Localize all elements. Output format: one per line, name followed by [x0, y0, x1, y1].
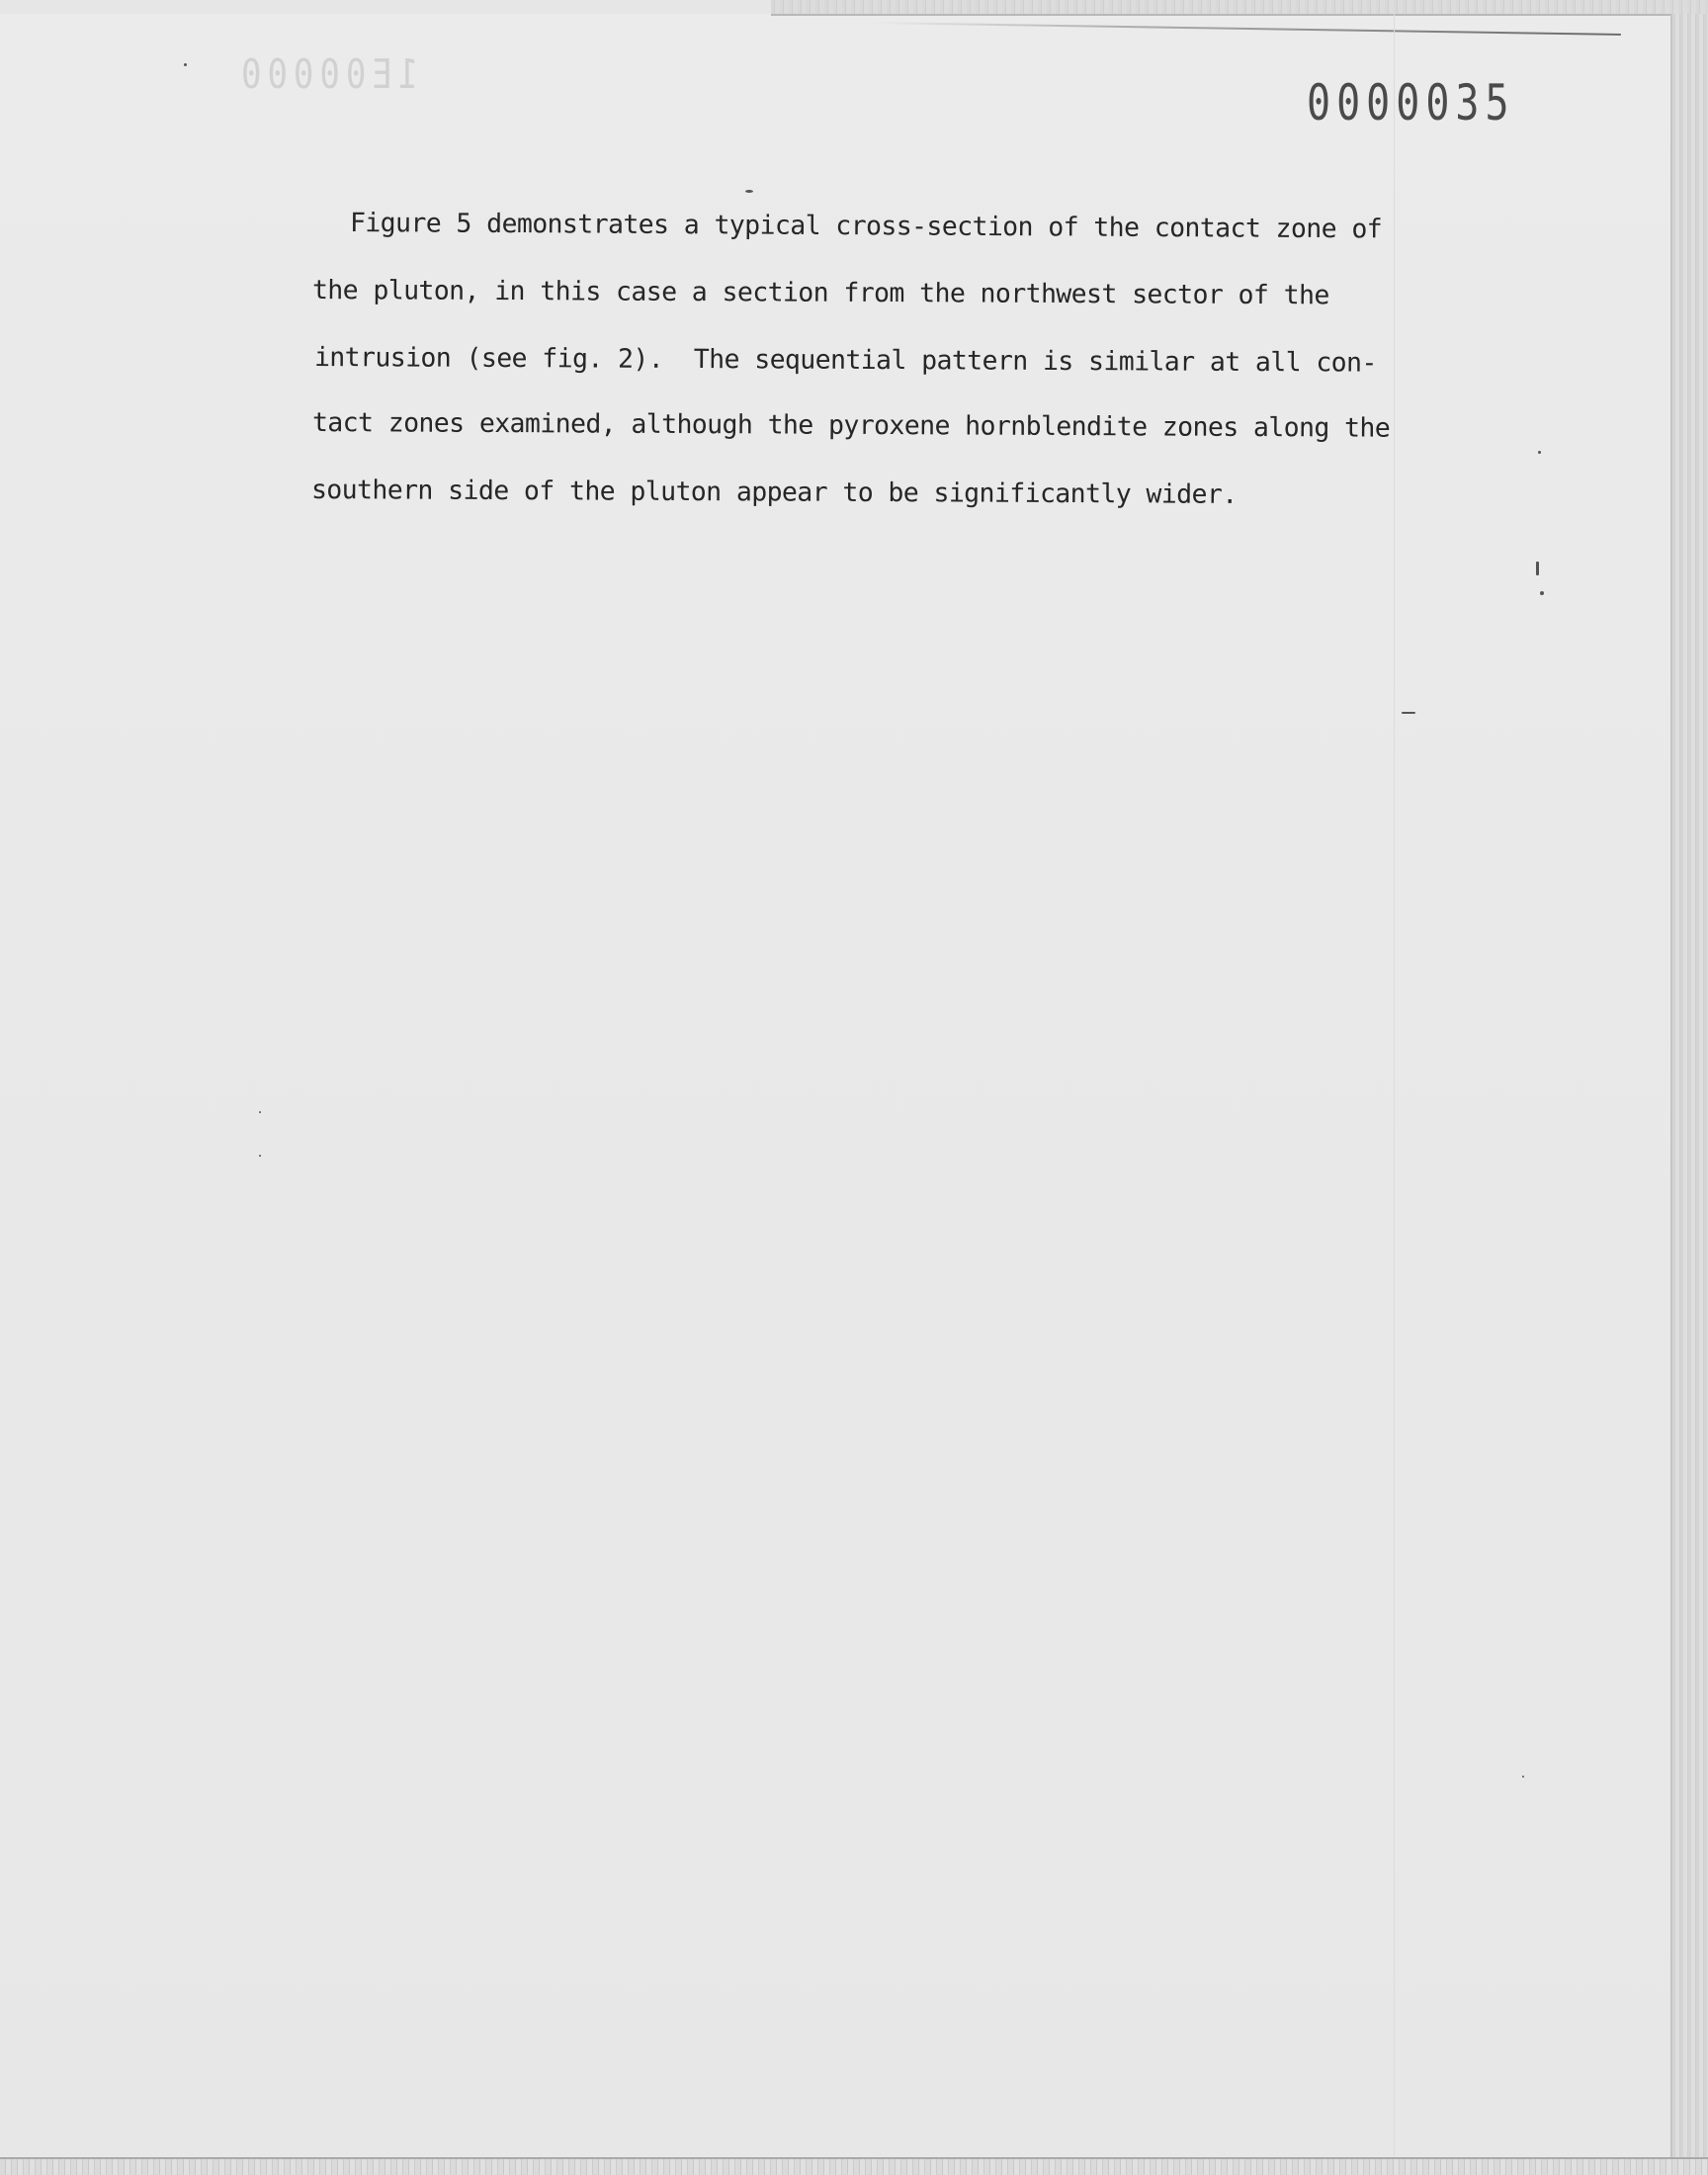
scan-speck: [1536, 562, 1539, 575]
scanner-edge-right: [1670, 14, 1708, 2157]
paragraph-line: Figure 5 demonstrates a typical cross-se…: [350, 208, 1382, 244]
scanned-page: [0, 14, 1670, 2157]
scan-speck: [1540, 591, 1544, 595]
paragraph-line: intrusion (see fig. 2). The sequential p…: [314, 342, 1377, 379]
scan-speck: [745, 190, 753, 193]
scan-speck: [184, 63, 187, 66]
paragraph-line: the pluton, in this case a section from …: [312, 275, 1329, 310]
paragraph-line: tact zones examined, although the pyroxe…: [312, 407, 1390, 444]
page-number: 0000035: [1307, 75, 1515, 132]
scan-speck: [1538, 451, 1541, 454]
page-crease: [1394, 14, 1395, 2157]
bleed-through-stamp: 1E00000: [235, 51, 418, 99]
scan-speck: [259, 1155, 261, 1157]
scan-speck: [1402, 712, 1415, 714]
scanner-edge-top: [771, 0, 1708, 16]
scanner-edge-bottom: [0, 2157, 1708, 2175]
scan-speck: [1522, 1776, 1524, 1778]
scan-speck: [259, 1111, 261, 1113]
paragraph-line: southern side of the pluton appear to be…: [311, 475, 1238, 510]
